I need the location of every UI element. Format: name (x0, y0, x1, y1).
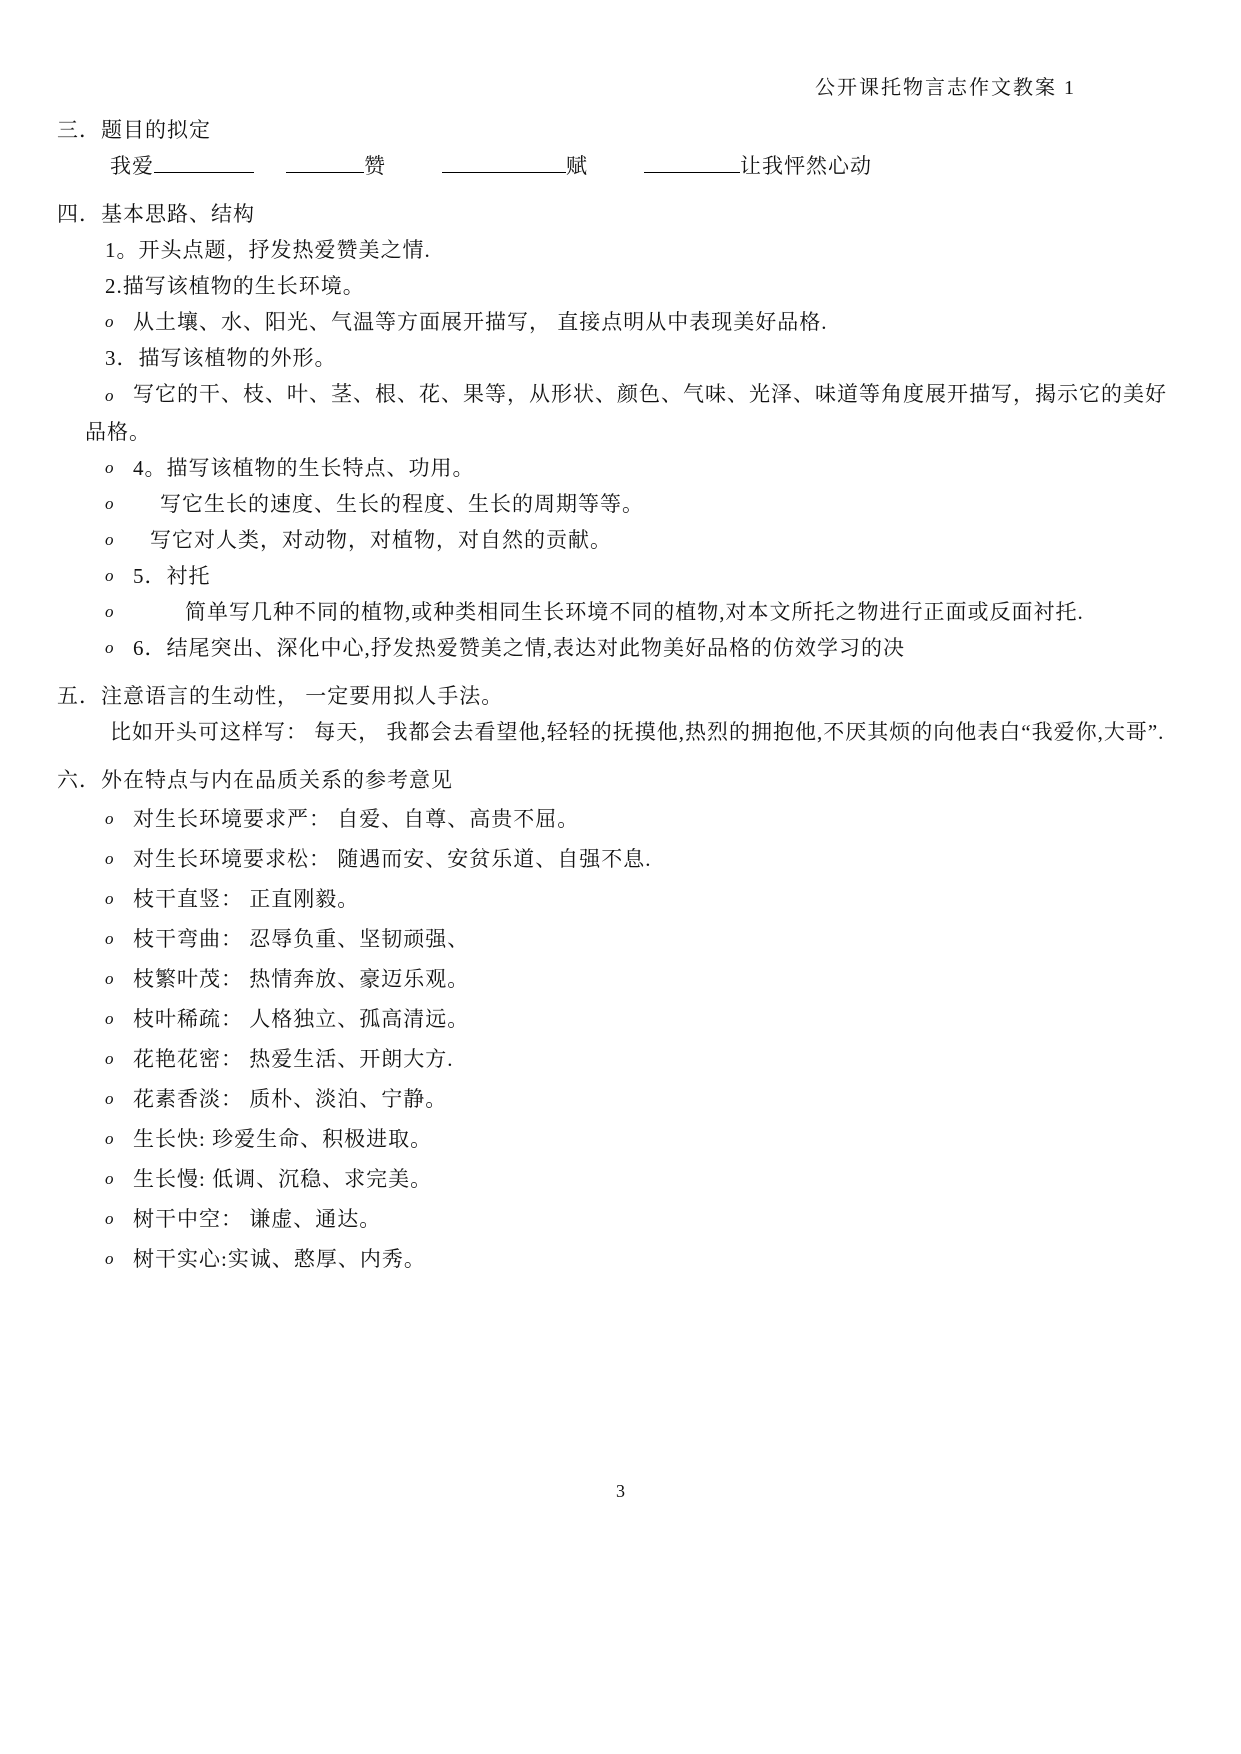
bullet-marker: o (105, 840, 133, 878)
s6-item-5: o 枝繁叶茂： 热情奔放、豪迈乐观。 (105, 960, 1181, 998)
s4-item-2: 2.描写该植物的生长环境。 (105, 268, 1181, 304)
bullet-marker: o (105, 920, 133, 958)
s4-item-1: 1。开头点题，抒发热爱赞美之情. (105, 232, 1181, 268)
s4-item-10: o 简单写几种不同的植物,或种类相同生长环境不同的植物,对本文所托之物进行正面或… (105, 594, 1181, 630)
s4-item-7-text: 写它生长的速度、生长的程度、生长的周期等等。 (160, 486, 1181, 522)
s4-item-8-text: 写它对人类，对动物，对植物，对自然的贡献。 (150, 522, 1181, 558)
blank-line-1 (154, 152, 254, 173)
s6-item-4-text: 枝干弯曲： 忍辱负重、坚韧顽强、 (133, 920, 1181, 958)
bullet-marker: o (105, 1200, 133, 1238)
page-number: 3 (0, 1481, 1241, 1502)
s6-item-7: o 花艳花密： 热爱生活、开朗大方. (105, 1040, 1181, 1078)
bullet-marker: o (105, 880, 133, 918)
bullet-marker: o (105, 960, 133, 998)
s4-item-9: o 5．衬托 (105, 558, 1181, 594)
s6-item-2: o 对生长环境要求松： 随遇而安、安贫乐道、自强不息. (105, 840, 1181, 878)
s4-item-6-text: 4。描写该植物的生长特点、功用。 (133, 450, 1181, 486)
s4-item-8: o 写它对人类，对动物，对植物，对自然的贡献。 (105, 522, 1181, 558)
fill-label-fu: 赋 (566, 154, 588, 178)
header-title: 公开课托物言志作文教案 1 (815, 77, 1076, 99)
section-five-heading: 五．注意语言的生动性， 一定要用拟人手法。 (57, 678, 1181, 714)
s6-item-4: o 枝干弯曲： 忍辱负重、坚韧顽强、 (105, 920, 1181, 958)
bullet-marker: o (105, 1120, 133, 1158)
s6-item-5-text: 枝繁叶茂： 热情奔放、豪迈乐观。 (133, 960, 1181, 998)
s6-item-11: o 树干中空： 谦虚、通达。 (105, 1200, 1181, 1238)
bullet-marker: o (105, 630, 133, 666)
s6-item-2-text: 对生长环境要求松： 随遇而安、安贫乐道、自强不息. (133, 840, 1181, 878)
s6-item-10-text: 生长慢: 低调、沉稳、求完美。 (133, 1160, 1181, 1198)
section-four-heading: 四．基本思路、结构 (57, 196, 1181, 232)
s6-item-1: o 对生长环境要求严： 自爱、自尊、高贵不屈。 (105, 800, 1181, 838)
s6-item-6-text: 枝叶稀疏： 人格独立、孤高清远。 (133, 1000, 1181, 1038)
section-six-heading: 六．外在特点与内在品质关系的参考意见 (57, 762, 1181, 798)
blank-line-4 (644, 152, 740, 173)
section-five-paragraph: 比如开头可这样写： 每天， 我都会去看望他,轻轻的抚摸他,热烈的拥抱他,不厌其烦… (57, 714, 1181, 750)
s4-item-11-text: 6．结尾突出、深化中心,抒发热爱赞美之情,表达对此物美好品格的仿效学习的决 (133, 630, 1181, 666)
s6-item-9: o 生长快: 珍爱生命、积极进取。 (105, 1120, 1181, 1158)
s4-item-11: o 6．结尾突出、深化中心,抒发热爱赞美之情,表达对此物美好品格的仿效学习的决 (105, 630, 1181, 666)
blank-line-3 (442, 152, 566, 173)
s4-item-3-text: 从土壤、水、阳光、气温等方面展开描写， 直接点明从中表现美好品格. (133, 304, 1181, 340)
s6-item-8-text: 花素香淡： 质朴、淡泊、宁静。 (133, 1080, 1181, 1118)
s4-item-5: o写它的干、枝、叶、茎、根、花、果等，从形状、颜色、气味、光泽、味道等角度展开描… (85, 376, 1181, 450)
s4-item-4: 3．描写该植物的外形。 (105, 340, 1181, 376)
page-header: 公开课托物言志作文教案 1 (57, 76, 1181, 100)
s6-item-10: o 生长慢: 低调、沉稳、求完美。 (105, 1160, 1181, 1198)
s4-item-3: o 从土壤、水、阳光、气温等方面展开描写， 直接点明从中表现美好品格. (105, 304, 1181, 340)
bullet-marker: o (105, 800, 133, 838)
title-fill-line: 我爱赞赋让我怦然心动 (110, 148, 1181, 184)
fill-label-zan: 赞 (364, 154, 386, 178)
bullet-marker: o (105, 1040, 133, 1078)
bullet-marker: o (105, 522, 150, 558)
bullet-marker: o (105, 450, 133, 486)
bullet-marker: o (105, 558, 133, 594)
s6-item-11-text: 树干中空： 谦虚、通达。 (133, 1200, 1181, 1238)
bullet-marker: o (105, 594, 185, 630)
document-page: 公开课托物言志作文教案 1 三．题目的拟定 我爱赞赋让我怦然心动 四．基本思路、… (0, 0, 1241, 1754)
s6-item-7-text: 花艳花密： 热爱生活、开朗大方. (133, 1040, 1181, 1078)
bullet-marker: o (105, 1080, 133, 1118)
fill-suffix: 让我怦然心动 (740, 154, 872, 178)
bullet-marker: o (105, 1000, 133, 1038)
bullet-marker: o (105, 304, 133, 340)
section-three-heading: 三．题目的拟定 (57, 112, 1181, 148)
s6-item-1-text: 对生长环境要求严： 自爱、自尊、高贵不屈。 (133, 800, 1181, 838)
s6-item-6: o 枝叶稀疏： 人格独立、孤高清远。 (105, 1000, 1181, 1038)
s6-item-8: o 花素香淡： 质朴、淡泊、宁静。 (105, 1080, 1181, 1118)
bullet-marker: o (105, 1160, 133, 1198)
s6-item-3: o 枝干直竖： 正直刚毅。 (105, 880, 1181, 918)
bullet-marker: o (105, 486, 160, 522)
s6-item-9-text: 生长快: 珍爱生命、积极进取。 (133, 1120, 1181, 1158)
blank-line-2 (286, 152, 364, 173)
s6-item-12-text: 树干实心:实诚、憨厚、内秀。 (133, 1240, 1181, 1278)
s4-item-9-text: 5．衬托 (133, 558, 1181, 594)
s4-item-5-text: 写它的干、枝、叶、茎、根、花、果等，从形状、颜色、气味、光泽、味道等角度展开描写… (85, 382, 1167, 444)
s4-item-7: o 写它生长的速度、生长的程度、生长的周期等等。 (105, 486, 1181, 522)
s4-item-10-text: 简单写几种不同的植物,或种类相同生长环境不同的植物,对本文所托之物进行正面或反面… (185, 594, 1181, 630)
bullet-marker: o (105, 378, 133, 414)
fill-prefix: 我爱 (110, 154, 154, 178)
section-six: 六．外在特点与内在品质关系的参考意见 o 对生长环境要求严： 自爱、自尊、高贵不… (57, 762, 1181, 1278)
s6-item-3-text: 枝干直竖： 正直刚毅。 (133, 880, 1181, 918)
bullet-marker: o (105, 1240, 133, 1278)
s4-item-6: o 4。描写该植物的生长特点、功用。 (105, 450, 1181, 486)
s6-item-12: o 树干实心:实诚、憨厚、内秀。 (105, 1240, 1181, 1278)
